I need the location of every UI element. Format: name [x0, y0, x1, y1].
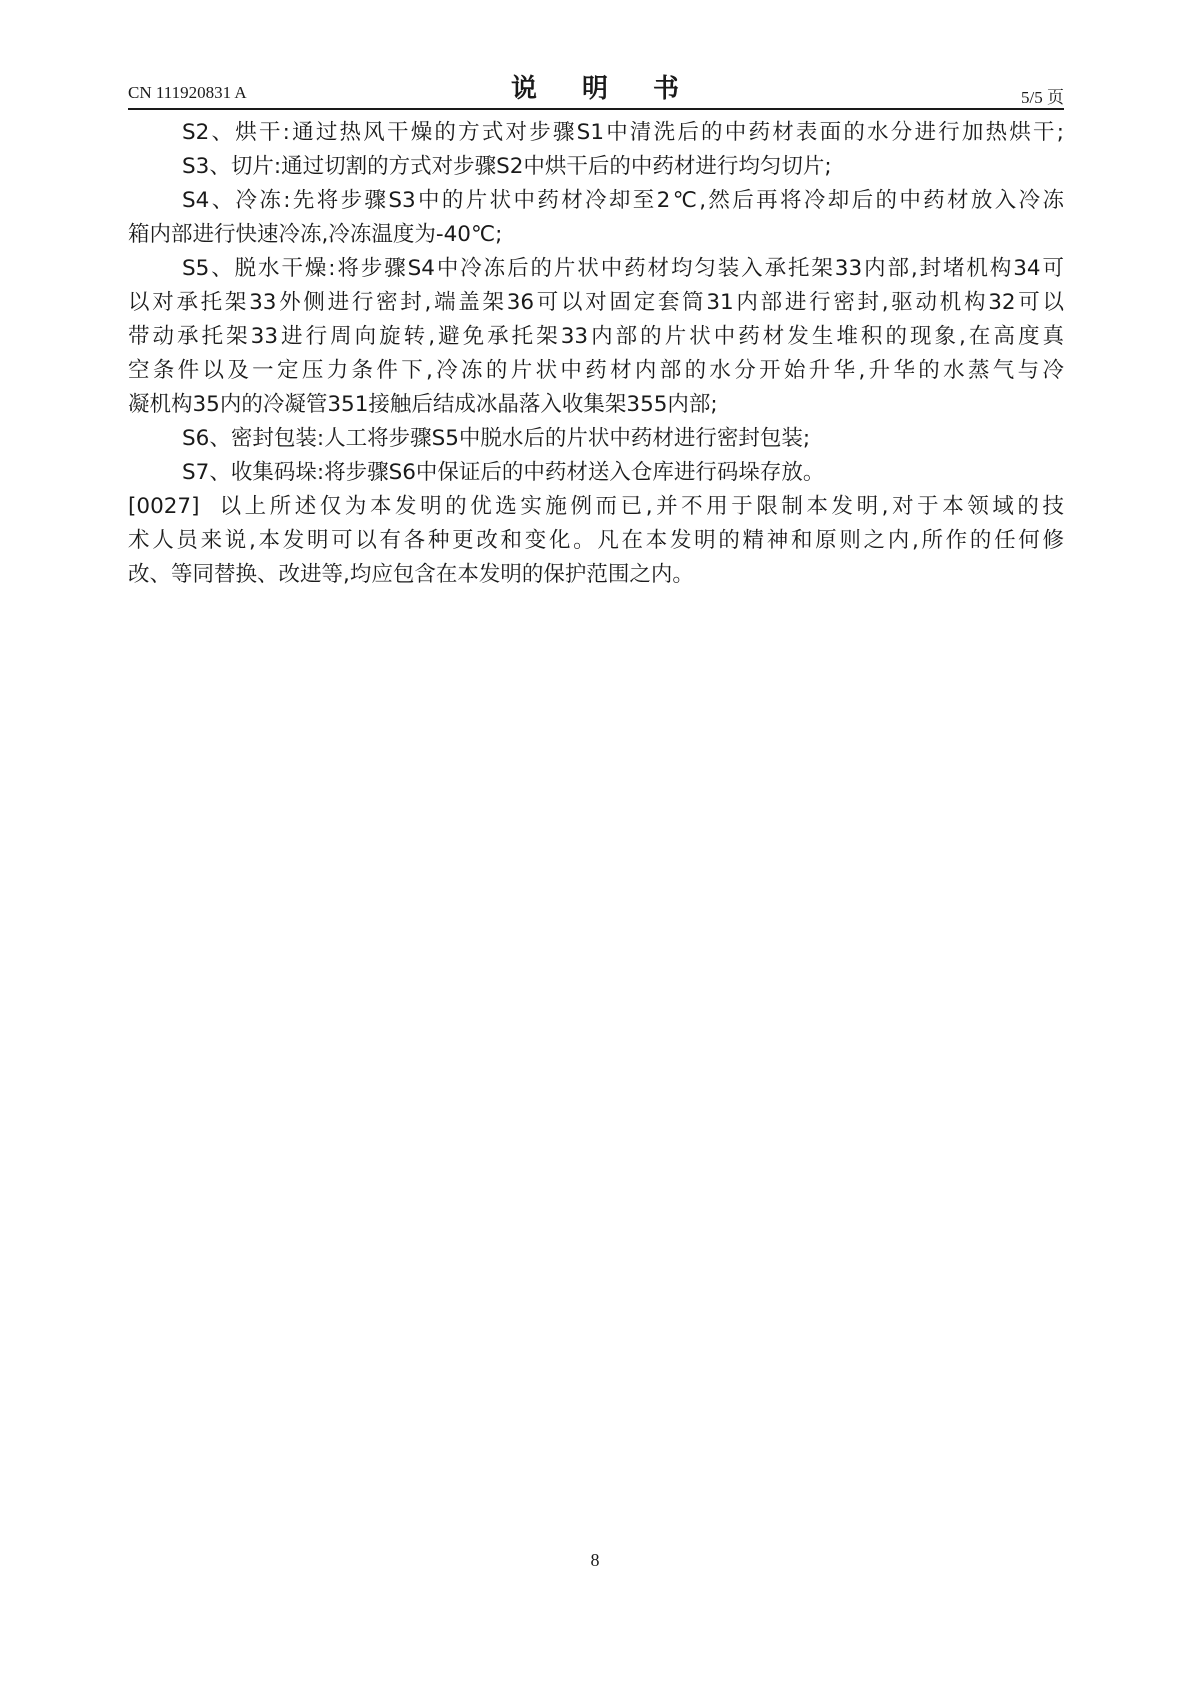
step-s7-line-1: S7、收集码垛:将步骤S6中保证后的中药材送入仓库进行码垛存放。 — [182, 456, 1064, 490]
step-s2-line-1: S2、烘干:通过热风干燥的方式对步骤S1中清洗后的中药材表面的水分进行加热烘干; — [182, 116, 1064, 150]
document-title: 说 明 书 — [0, 68, 1190, 105]
step-s6-line-1: S6、密封包装:人工将步骤S5中脱水后的片状中药材进行密封包装; — [182, 422, 1064, 456]
step-s5-line-4: 空条件以及一定压力条件下,冷冻的片状中药材内部的水分开始升华,升华的水蒸气与冷 — [128, 354, 1064, 388]
paragraph-0027-line-1: [0027]以上所述仅为本发明的优选实施例而已,并不用于限制本发明,对于本领域的… — [128, 490, 1064, 524]
header-divider — [128, 108, 1064, 110]
page-indicator: 5/5 页 — [1021, 83, 1064, 108]
step-s5-line-5: 凝机构35内的冷凝管351接触后结成冰晶落入收集架355内部; — [128, 388, 1064, 422]
step-s5-line-3: 带动承托架33进行周向旋转,避免承托架33内部的片状中药材发生堆积的现象,在高度… — [128, 320, 1064, 354]
paragraph-number: [0027] — [128, 490, 216, 524]
page-number: 8 — [0, 1550, 1190, 1571]
paragraph-0027-line-2: 术人员来说,本发明可以有各种更改和变化。凡在本发明的精神和原则之内,所作的任何修 — [128, 524, 1064, 558]
paragraph-text: 以上所述仅为本发明的优选实施例而已,并不用于限制本发明,对于本领域的技 — [216, 494, 1064, 519]
step-s5-line-1: S5、脱水干燥:将步骤S4中冷冻后的片状中药材均匀装入承托架33内部,封堵机构3… — [182, 252, 1064, 286]
paragraph-0027-line-3: 改、等同替换、改进等,均应包含在本发明的保护范围之内。 — [128, 558, 1064, 592]
step-s4-line-1: S4、冷冻:先将步骤S3中的片状中药材冷却至2℃,然后再将冷却后的中药材放入冷冻 — [182, 184, 1064, 218]
step-s4-line-2: 箱内部进行快速冷冻,冷冻温度为-40℃; — [128, 218, 1064, 252]
step-s5-line-2: 以对承托架33外侧进行密封,端盖架36可以对固定套筒31内部进行密封,驱动机构3… — [128, 286, 1064, 320]
step-s3-line-1: S3、切片:通过切割的方式对步骤S2中烘干后的中药材进行均匀切片; — [182, 150, 1064, 184]
